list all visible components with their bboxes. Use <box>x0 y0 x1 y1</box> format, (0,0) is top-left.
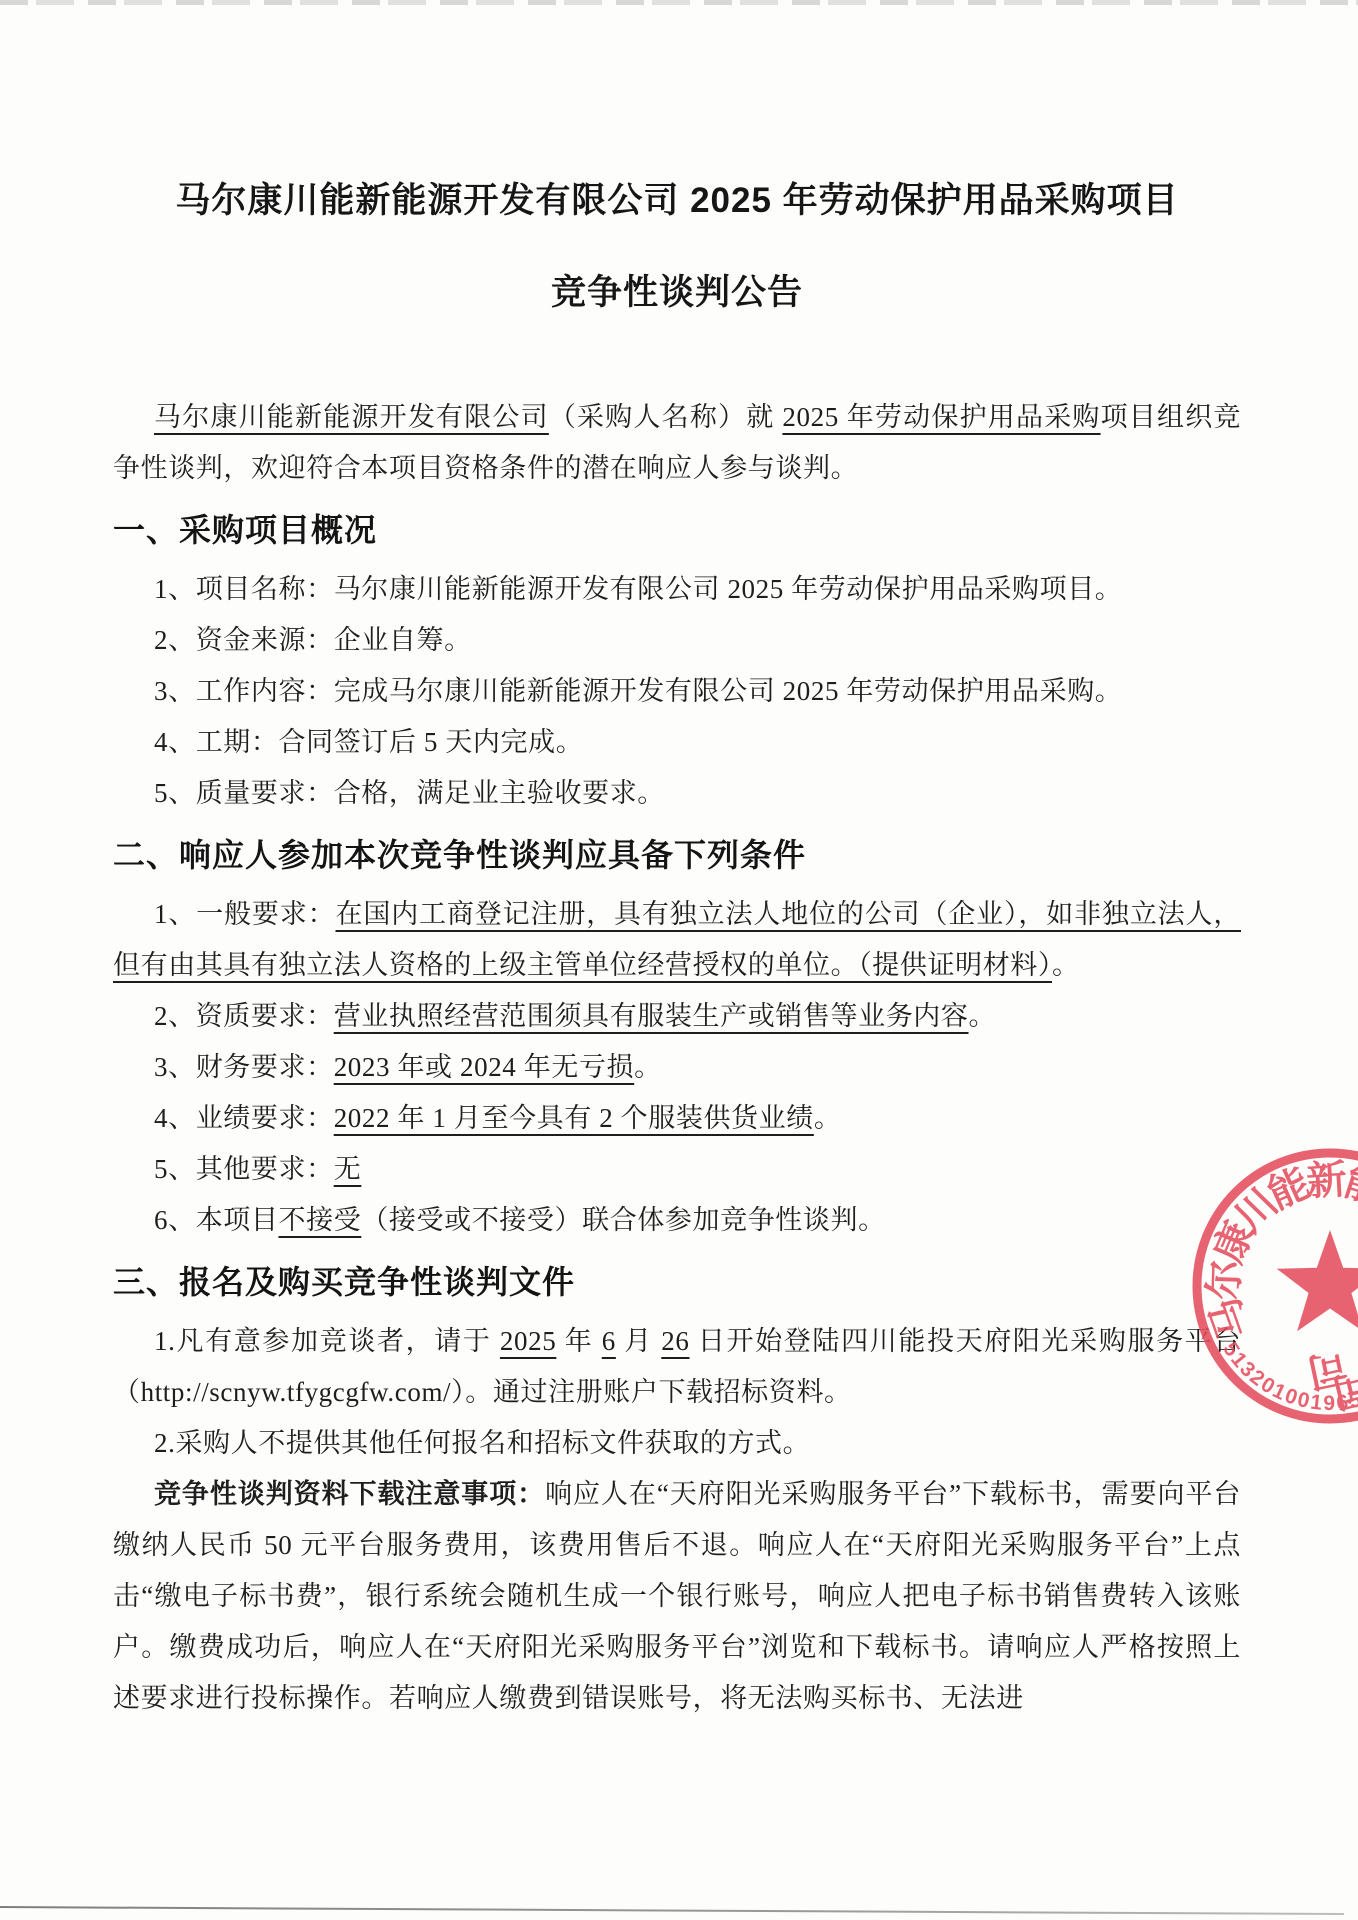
section2-item-2: 2、资质要求：营业执照经营范围须具有服装生产或销售等业务内容。 <box>113 991 1241 1042</box>
section2-item-3: 3、财务要求：2023 年或 2024 年无亏损。 <box>113 1042 1241 1093</box>
section2-heading: 二、响应人参加本次竞争性谈判应具备下列条件 <box>113 827 1241 883</box>
section2-item-5: 5、其他要求：无 <box>113 1144 1241 1195</box>
section3-paragraph-1: 1.凡有意参加竞谈者，请于 2025 年 6 月 26 日开始登陆四川能投天府阳… <box>113 1316 1241 1418</box>
section1-heading: 一、采购项目概况 <box>113 502 1241 558</box>
section2-item-6: 6、本项目不接受（接受或不接受）联合体参加竞争性谈判。 <box>113 1195 1241 1246</box>
seal-star-icon <box>1277 1230 1358 1331</box>
scan-artifact-bottom-line <box>0 1906 1344 1915</box>
document-title: 马尔康川能新能源开发有限公司 2025 年劳动保护用品采购项目 <box>113 178 1241 224</box>
scanned-document-page: 马尔康川能新能源开发有限公司 2025 年劳动保护用品采购项目 竞争性谈判公告 … <box>0 0 1358 1920</box>
scan-artifact-top-edge <box>0 0 1358 5</box>
section1-item-1: 1、项目名称：马尔康川能新能源开发有限公司 2025 年劳动保护用品采购项目。 <box>113 564 1241 615</box>
document-body: 马尔康川能新能源开发有限公司 2025 年劳动保护用品采购项目 竞争性谈判公告 … <box>113 178 1241 1724</box>
seal-edge-character: 司 <box>1303 1343 1351 1394</box>
intro-paragraph: 马尔康川能新能源开发有限公司（采购人名称）就 2025 年劳动保护用品采购项目组… <box>113 392 1241 494</box>
section2-item-4: 4、业绩要求：2022 年 1 月至今具有 2 个服装供货业绩。 <box>113 1093 1241 1144</box>
section1-item-4: 4、工期：合同签订后 5 天内完成。 <box>113 717 1241 768</box>
section1-item-2: 2、资金来源：企业自筹。 <box>113 615 1241 666</box>
section2-item-1: 1、一般要求：在国内工商登记注册，具有独立法人地位的公司（企业），如非独立法人，… <box>113 889 1241 991</box>
section3-paragraph-2: 2.采购人不提供其他任何报名和招标文件获取的方式。 <box>113 1418 1241 1469</box>
section1-item-3: 3、工作内容：完成马尔康川能新能源开发有限公司 2025 年劳动保护用品采购。 <box>113 666 1241 717</box>
section3-heading: 三、报名及购买竞争性谈判文件 <box>113 1254 1241 1310</box>
section1-item-5: 5、质量要求：合格，满足业主验收要求。 <box>113 768 1241 819</box>
company-seal-stamp: 马尔康川能新能源开发有限公司 5132010019651 司 <box>1160 1116 1358 1456</box>
document-subtitle: 竞争性谈判公告 <box>113 270 1241 316</box>
section3-download-notice-paragraph: 竞争性谈判资料下载注意事项：响应人在“天府阳光采购服务平台”下载标书，需要向平台… <box>113 1469 1241 1724</box>
